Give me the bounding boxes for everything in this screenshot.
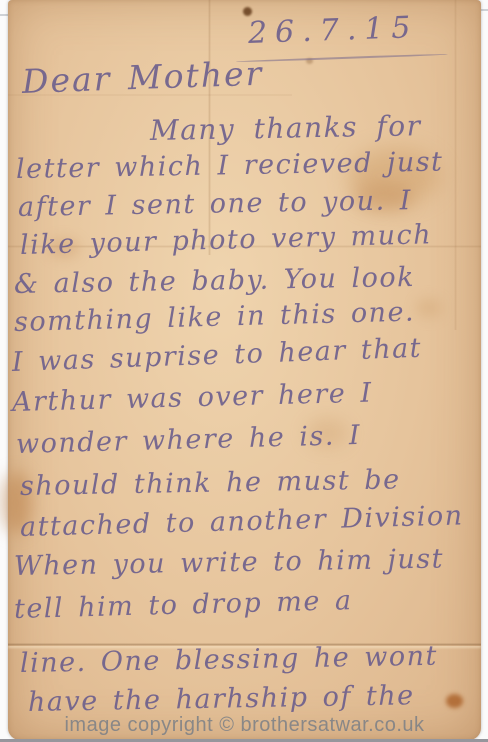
date-underline [236,53,448,62]
letter-line: attached to another Division [20,500,464,543]
letter-line: Arthur was over here I [12,378,373,418]
letter-date: 26.7.15 [247,10,419,51]
fold-crease-vertical [454,0,457,330]
letter-line: after I sent one to you. I [18,185,412,223]
letter-line: When you write to him just [14,543,444,581]
letter-paper: 26.7.15 Dear Mother Many thanks for lett… [8,0,481,740]
letter-line: wonder where he is. I [16,420,362,460]
letter-line: should think he must be [20,464,401,502]
letter-line: somthing like in this one. [14,297,416,338]
letter-line: I was suprise to hear that [11,333,422,378]
rust-stain [446,694,463,708]
letter-line: Many thanks for [150,109,422,147]
ink-spot-stain [243,7,252,16]
letter-line: line. One blessing he wont [20,641,438,679]
letter-line: tell him to drop me a [14,585,353,625]
letter-line: like your photo very much [20,219,433,261]
letter-line: & also the baby. You look [14,262,416,300]
scanner-seam-right [480,9,488,11]
paper-stain [416,298,442,318]
letter-line: have the harhship of the [28,680,415,718]
scanned-letter-page: 26.7.15 Dear Mother Many thanks for lett… [0,0,488,742]
copyright-watermark: image copyright © brothersatwar.co.uk [8,714,481,737]
